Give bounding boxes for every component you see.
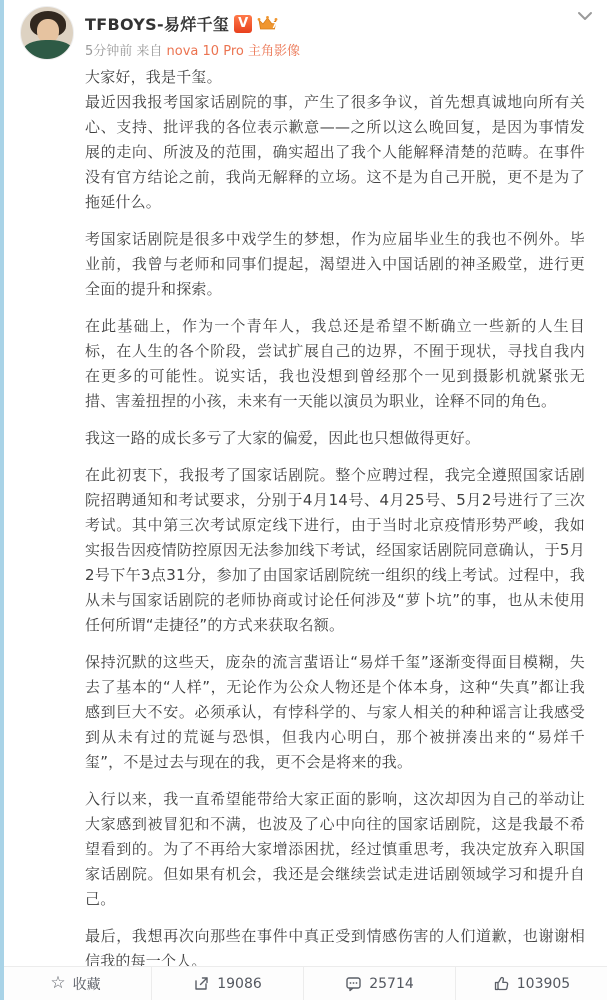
repost-count: 19086 <box>217 976 262 992</box>
post-paragraph: 入行以来，我一直希望能带给大家正面的影响，这次却因为自己的举动让大家感到被冒犯和… <box>85 787 585 912</box>
like-button[interactable]: 103905 <box>455 967 607 1000</box>
timestamp: 5分钟前 来自 <box>85 44 167 59</box>
share-icon <box>193 975 210 992</box>
source-link[interactable]: nova 10 Pro 主角影像 <box>167 44 300 59</box>
post-paragraph: 最近因我报考国家话剧院的事，产生了很多争议，首先想真诚地向所有关心、支持、批评我… <box>85 90 585 215</box>
post-meta: 5分钟前 来自 nova 10 Pro 主角影像 <box>85 40 585 59</box>
star-icon: ☆ <box>50 975 65 992</box>
comment-count: 25714 <box>369 976 414 992</box>
thumbs-up-icon <box>493 975 510 992</box>
repost-button[interactable]: 19086 <box>151 967 303 1000</box>
post-content: 大家好，我是千玺。 最近因我报考国家话剧院的事，产生了很多争议，首先想真诚地向所… <box>0 63 607 1000</box>
comment-button[interactable]: 25714 <box>303 967 455 1000</box>
author-name[interactable]: TFBOYS-易烊千玺 <box>85 12 229 35</box>
chevron-down-icon[interactable] <box>575 6 595 26</box>
action-bar: ☆ 收藏 19086 25714 <box>0 966 607 1000</box>
favorite-button[interactable]: ☆ 收藏 <box>0 967 151 1000</box>
post-paragraph: 考国家话剧院是很多中戏学生的梦想，作为应届毕业生的我也不例外。毕业前，我曾与老师… <box>85 227 585 302</box>
vip-crown-icon: 7 <box>257 15 278 33</box>
avatar[interactable] <box>20 6 74 60</box>
verified-badge-icon: V <box>234 15 252 33</box>
post-header: TFBOYS-易烊千玺 V 7 5分钟前 来自 nova 10 Pro 主角影像 <box>0 0 607 63</box>
left-edge-strip <box>0 0 4 1000</box>
like-count: 103905 <box>517 976 570 992</box>
post-paragraph: 在此基础上，作为一个青年人，我总还是希望不断确立一些新的人生目标，在人生的各个阶… <box>85 314 585 414</box>
post-paragraph: 在此初衷下，我报考了国家话剧院。整个应聘过程，我完全遵照国家话剧院招聘通知和考试… <box>85 463 585 638</box>
svg-text:7: 7 <box>272 21 278 30</box>
comment-icon <box>345 975 362 992</box>
post-paragraph: 大家好，我是千玺。 <box>85 65 585 90</box>
favorite-label: 收藏 <box>73 974 101 994</box>
post-paragraph: 我这一路的成长多亏了大家的偏爱，因此也只想做得更好。 <box>85 426 585 451</box>
post-paragraph: 保持沉默的这些天，庞杂的流言蜚语让“易烊千玺”逐渐变得面目模糊，失去了基本的“人… <box>85 650 585 775</box>
